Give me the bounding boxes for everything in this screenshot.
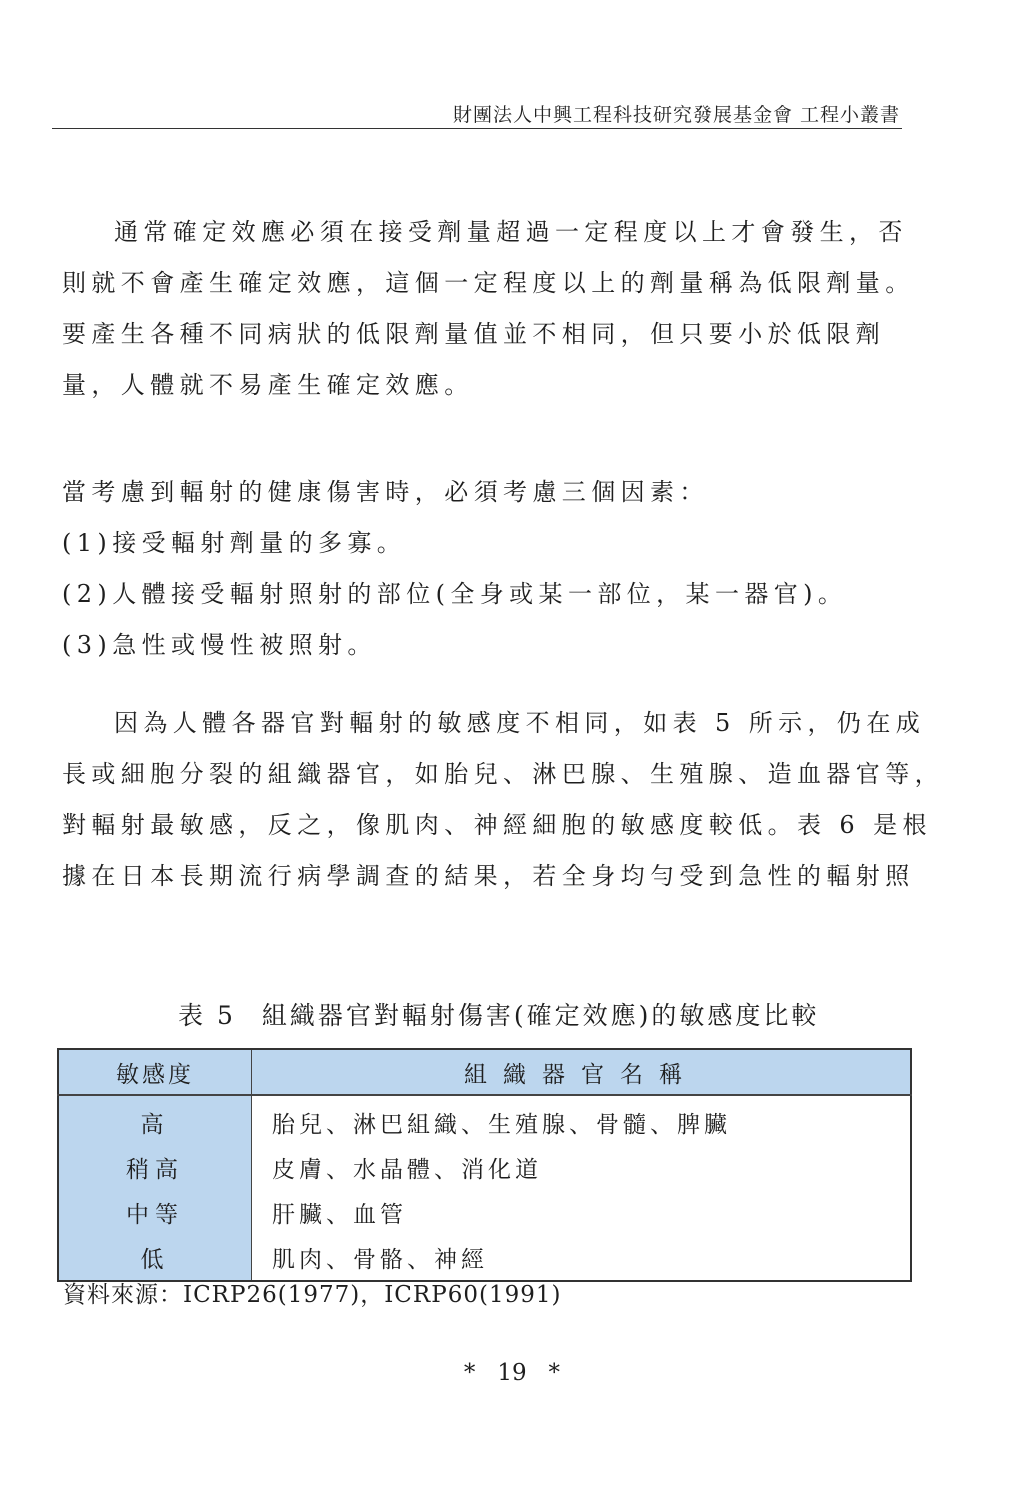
page-number: * 19 * — [0, 1360, 1024, 1386]
column-header-organs: 組織器官名稱 — [252, 1049, 912, 1095]
text-line: 據在日本長期流行病學調查的結果，若全身均勻受到急性的輻射照 — [62, 851, 902, 902]
text-line: 通常確定效應必須在接受劑量超過一定程度以上才會發生，否 — [62, 207, 902, 258]
table-caption-number: 表 5 — [178, 1001, 236, 1030]
sensitivity-level: 高 — [58, 1095, 252, 1145]
text-line: 量，人體就不易產生確定效應。 — [62, 360, 902, 411]
text-line: 對輻射最敏感，反之，像肌肉、神經細胞的敏感度較低。表 6 是根 — [62, 800, 902, 851]
table-row: 稍高 皮膚、水晶體、消化道 — [58, 1145, 911, 1190]
sensitivity-level: 低 — [58, 1235, 252, 1281]
sensitivity-level: 中等 — [58, 1190, 252, 1235]
organ-list: 肝臟、血管 — [252, 1190, 912, 1235]
table-row: 低 肌肉、骨骼、神經 — [58, 1235, 911, 1281]
table-row: 高 胎兒、淋巴組織、生殖腺、骨髓、脾臟 — [58, 1095, 911, 1145]
table-source-note: 資料來源：ICRP26(1977)，ICRP60(1991) — [63, 1276, 561, 1309]
list-item: (1)接受輻射劑量的多寡。 — [62, 518, 902, 569]
text-line: 則就不會產生確定效應，這個一定程度以上的劑量稱為低限劑量。 — [62, 258, 902, 309]
sensitivity-level: 稍高 — [58, 1145, 252, 1190]
header-title: 財團法人中興工程科技研究發展基金會 工程小叢書 — [453, 100, 900, 127]
sensitivity-table: 敏感度 組織器官名稱 高 胎兒、淋巴組織、生殖腺、骨髓、脾臟 稍高 皮膚、水晶體… — [57, 1048, 912, 1282]
organ-list: 胎兒、淋巴組織、生殖腺、骨髓、脾臟 — [252, 1095, 912, 1145]
organ-list: 肌肉、骨骼、神經 — [252, 1235, 912, 1281]
paragraph-organ-sensitivity: 因為人體各器官對輻射的敏感度不相同，如表 5 所示，仍在成 長或細胞分裂的組織器… — [62, 698, 902, 902]
paragraph-three-factors: 當考慮到輻射的健康傷害時，必須考慮三個因素： (1)接受輻射劑量的多寡。 (2)… — [62, 467, 902, 671]
list-item: (3)急性或慢性被照射。 — [62, 620, 902, 671]
organ-list: 皮膚、水晶體、消化道 — [252, 1145, 912, 1190]
text-line: 當考慮到輻射的健康傷害時，必須考慮三個因素： — [62, 467, 902, 518]
table-row: 中等 肝臟、血管 — [58, 1190, 911, 1235]
text-line: 要產生各種不同病狀的低限劑量值並不相同，但只要小於低限劑 — [62, 309, 902, 360]
text-line: 長或細胞分裂的組織器官，如胎兒、淋巴腺、生殖腺、造血器官等， — [62, 749, 902, 800]
running-header: 財團法人中興工程科技研究發展基金會 工程小叢書 — [52, 100, 902, 129]
list-item: (2)人體接受輻射照射的部位(全身或某一部位，某一器官)。 — [62, 569, 902, 620]
column-header-sensitivity: 敏感度 — [58, 1049, 252, 1095]
table-caption: 表 5組織器官對輻射傷害(確定效應)的敏感度比較 — [178, 996, 819, 1032]
table-caption-title: 組織器官對輻射傷害(確定效應)的敏感度比較 — [262, 1001, 820, 1030]
text-line: 因為人體各器官對輻射的敏感度不相同，如表 5 所示，仍在成 — [62, 698, 902, 749]
paragraph-deterministic-threshold: 通常確定效應必須在接受劑量超過一定程度以上才會發生，否 則就不會產生確定效應，這… — [62, 207, 902, 411]
table-header-row: 敏感度 組織器官名稱 — [58, 1049, 911, 1095]
